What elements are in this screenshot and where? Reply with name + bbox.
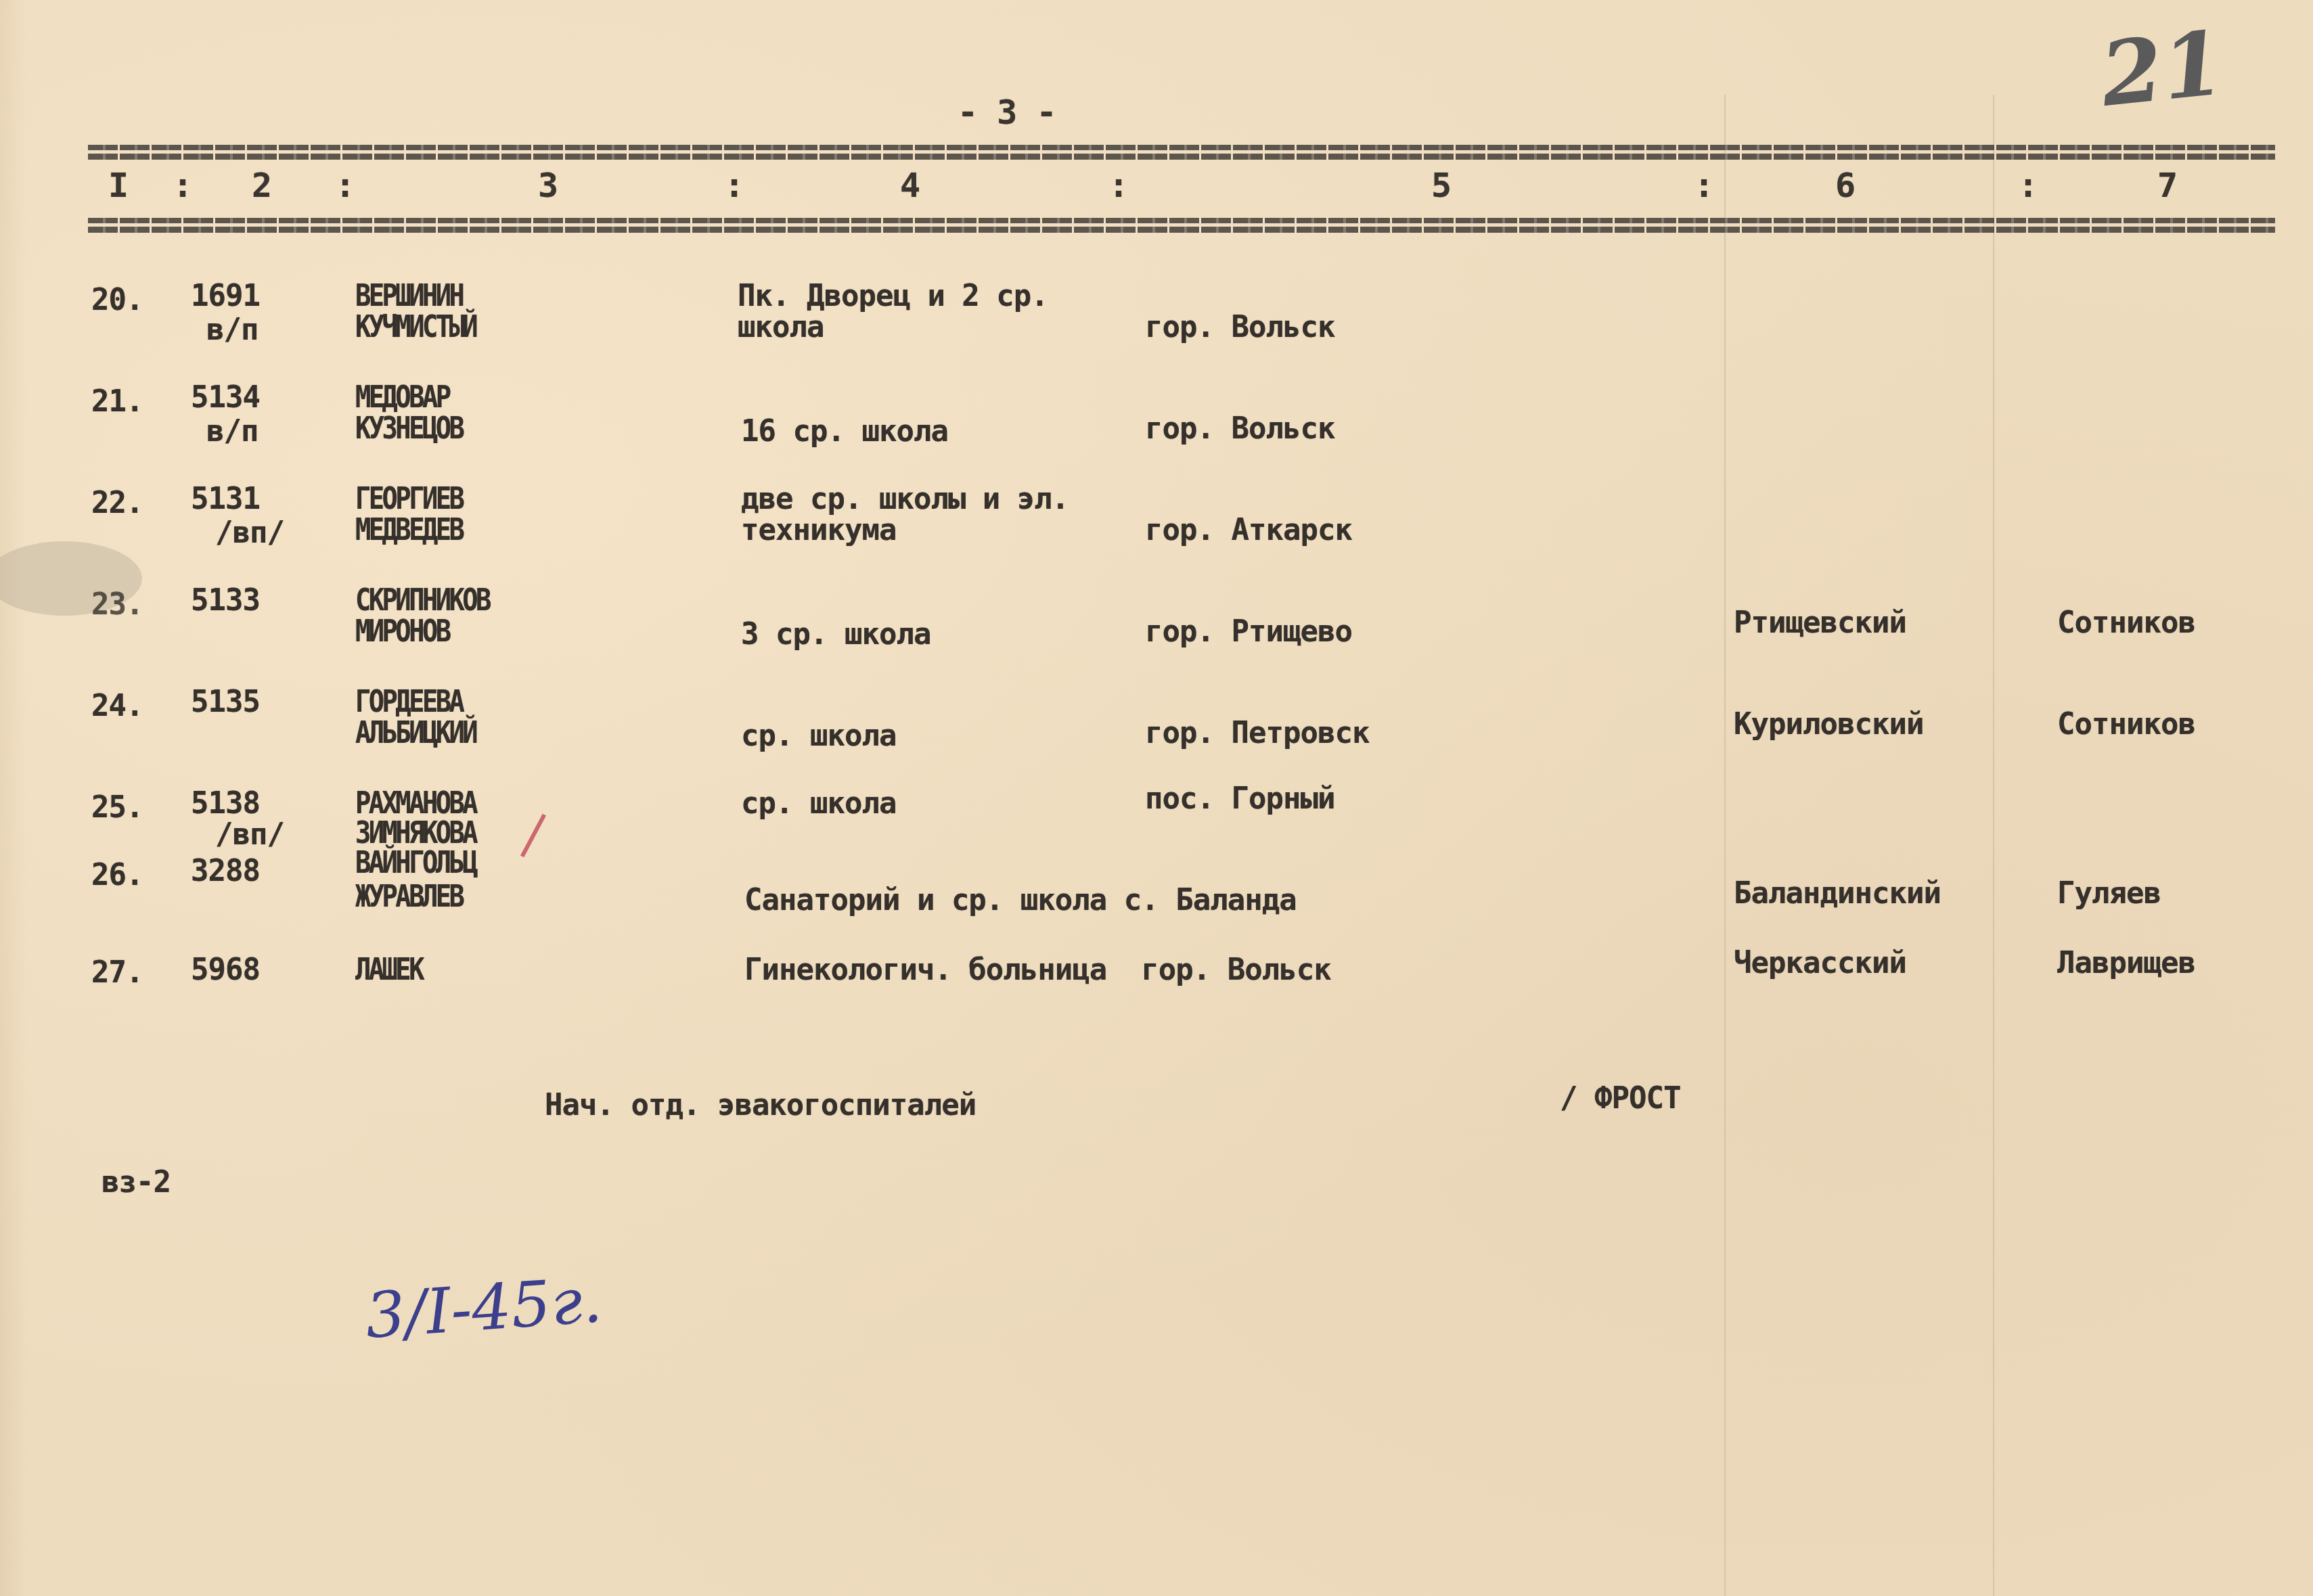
city: пос. Горный bbox=[1145, 781, 1334, 817]
page-number-marker: - 3 - bbox=[958, 95, 1056, 130]
signatory-position: Нач. отд. эвакогоспиталей bbox=[545, 1088, 976, 1123]
red-check-mark bbox=[520, 814, 546, 858]
hospital-code: 5135 bbox=[191, 685, 260, 720]
row-number: 24. bbox=[91, 689, 143, 724]
location-description: Гинекологич. больница гор. Вольск bbox=[744, 953, 1331, 988]
header-col-2: 2 bbox=[252, 168, 271, 203]
row-number: 20. bbox=[91, 283, 143, 318]
column-fold-line bbox=[1724, 95, 1726, 1596]
location-description: Санаторий и ср. школа с. Баланда bbox=[744, 883, 1297, 918]
responsible-person: Сотников bbox=[2057, 606, 2195, 641]
city: гор. Аткарск bbox=[1145, 513, 1352, 548]
location-description: ср. школа bbox=[741, 786, 896, 821]
responsible-person: Сотников bbox=[2057, 707, 2195, 742]
hospital-code: 5133 bbox=[191, 583, 260, 618]
hospital-code: 1691 bbox=[191, 279, 260, 314]
location-description: техникума bbox=[741, 513, 896, 548]
header-separator: : bbox=[173, 168, 192, 203]
district: Баландинский bbox=[1734, 876, 1941, 911]
district: Ртищевский bbox=[1734, 606, 1906, 641]
hospital-code-sub: в/п bbox=[206, 313, 258, 348]
person-name: АЛЬБИЦКИЙ bbox=[355, 716, 476, 751]
person-name: КУЧМИСТЫЙ bbox=[355, 310, 476, 345]
location-description: ср. школа bbox=[741, 719, 896, 754]
row-number: 21. bbox=[91, 384, 143, 419]
person-name: МИРОНОВ bbox=[355, 614, 449, 649]
header-separator: : bbox=[724, 168, 744, 203]
hospital-code: 3288 bbox=[191, 854, 260, 889]
hospital-code: 5134 bbox=[191, 380, 260, 415]
row-number: 27. bbox=[91, 955, 143, 990]
column-fold-line bbox=[1993, 95, 1994, 1596]
header-separator: : bbox=[1108, 168, 1128, 203]
person-name: ЖУРАВЛЕВ bbox=[355, 880, 462, 915]
responsible-person: Гуляев bbox=[2057, 876, 2161, 911]
header-separator: : bbox=[1694, 168, 1713, 203]
row-number: 22. bbox=[91, 486, 143, 521]
header-col-6: 6 bbox=[1835, 168, 1855, 203]
person-name: ЛАШЕК bbox=[355, 953, 422, 988]
row-number: 26. bbox=[91, 858, 143, 893]
city: гор. Вольск bbox=[1145, 310, 1334, 345]
header-col-1: I bbox=[108, 168, 128, 203]
handwritten-date: 3/I-45г. bbox=[363, 1264, 604, 1352]
person-name: МЕДВЕДЕВ bbox=[355, 513, 462, 548]
person-name: ГОРДЕЕВА bbox=[355, 685, 462, 720]
city: гор. Вольск bbox=[1145, 411, 1334, 447]
hospital-code-sub: /вп/ bbox=[215, 817, 284, 852]
person-name: СКРИПНИКОВ bbox=[355, 583, 489, 618]
location-description: две ср. школы и эл. bbox=[741, 482, 1069, 517]
person-name: ГЕОРГИЕВ bbox=[355, 482, 462, 517]
hospital-code: 5131 bbox=[191, 482, 260, 517]
header-separator: : bbox=[2018, 168, 2038, 203]
location-description: 16 ср. школа bbox=[741, 414, 948, 449]
header-bottom-rule bbox=[88, 218, 2275, 233]
location-description: школа bbox=[738, 310, 824, 345]
hospital-code: 5968 bbox=[191, 953, 260, 988]
handwritten-sheet-number: 21 bbox=[2096, 11, 2228, 127]
city: гор. Ртищево bbox=[1145, 614, 1352, 649]
city: гор. Петровск bbox=[1145, 716, 1369, 751]
responsible-person: Лаврищев bbox=[2057, 946, 2195, 981]
row-number: 23. bbox=[91, 587, 143, 622]
header-col-7: 7 bbox=[2157, 168, 2177, 203]
location-description: 3 ср. школа bbox=[741, 617, 930, 652]
hospital-code-sub: в/п bbox=[206, 414, 258, 449]
person-name: МЕДОВАР bbox=[355, 380, 449, 415]
person-name: КУЗНЕЦОВ bbox=[355, 411, 462, 447]
header-top-rule bbox=[88, 145, 2275, 160]
district: Куриловский bbox=[1734, 707, 1923, 742]
header-separator: : bbox=[335, 168, 355, 203]
district: Черкасский bbox=[1734, 946, 1906, 981]
location-description: Пк. Дворец и 2 ср. bbox=[738, 279, 1048, 314]
header-col-3: 3 bbox=[538, 168, 558, 203]
person-name: ВАЙНГОЛЬЦ bbox=[355, 846, 476, 881]
row-number: 25. bbox=[91, 790, 143, 825]
header-col-5: 5 bbox=[1431, 168, 1451, 203]
person-name: ВЕРШИНИН bbox=[355, 279, 462, 314]
signatory-name: / ФРОСТ bbox=[1560, 1081, 1680, 1116]
typist-mark: вз-2 bbox=[102, 1165, 171, 1200]
header-col-4: 4 bbox=[900, 168, 920, 203]
hospital-code: 5138 bbox=[191, 786, 260, 821]
hospital-code-sub: /вп/ bbox=[215, 516, 284, 551]
